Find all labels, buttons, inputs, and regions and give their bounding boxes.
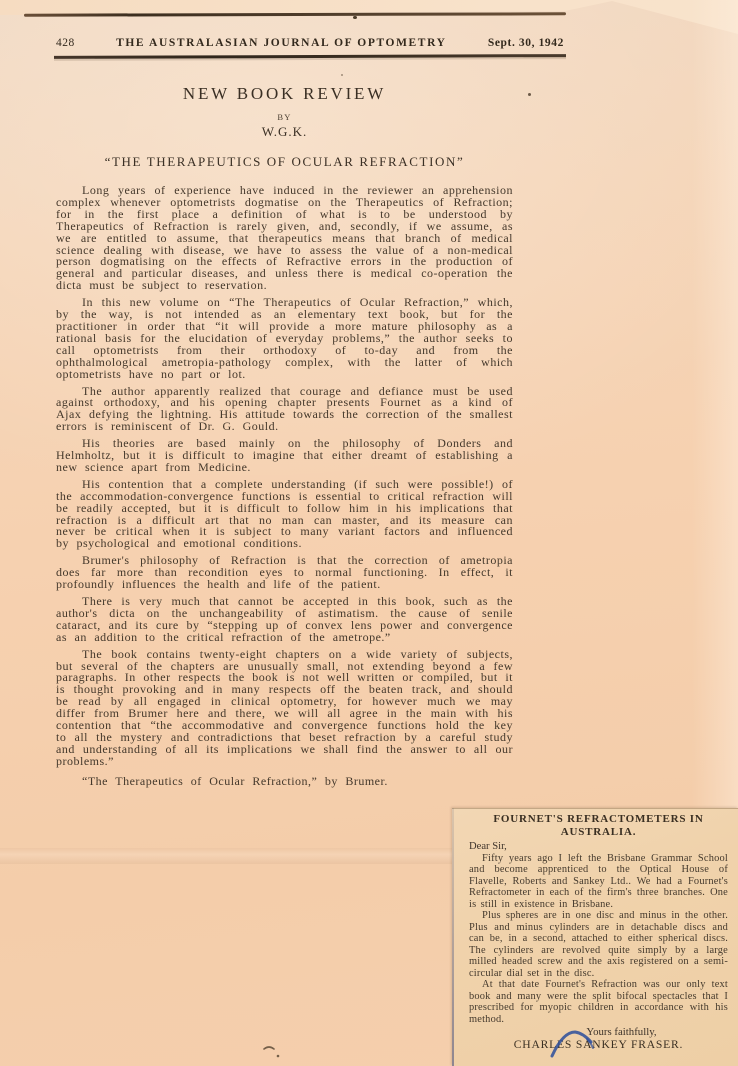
book-review-article: NEW BOOK REVIEW BY W.G.K. “THE THERAPEUT… xyxy=(56,84,513,793)
review-closing: “The Therapeutics of Ocular Refraction,”… xyxy=(56,776,513,788)
running-head: 428 THE AUSTRALASIAN JOURNAL OF OPTOMETR… xyxy=(56,37,564,49)
byline-prefix: BY xyxy=(56,112,513,122)
ink-speck xyxy=(353,16,357,19)
clipping-paragraph: At that date Fournet's Refraction was ou… xyxy=(469,979,728,1025)
review-paragraph: His contention that a complete understan… xyxy=(56,479,513,550)
ink-speck-mark xyxy=(262,1044,284,1060)
ink-speck xyxy=(341,74,343,76)
clipping-title: FOURNET'S REFRACTOMETERS IN AUSTRALIA. xyxy=(469,813,728,838)
clipping-title-line1: FOURNET'S REFRACTOMETERS IN xyxy=(493,813,703,825)
journal-title: THE AUSTRALASIAN JOURNAL OF OPTOMETRY xyxy=(75,37,488,49)
review-paragraph: His theories are based mainly on the phi… xyxy=(56,438,513,474)
clipping-paragraph: Fifty years ago I left the Brisbane Gram… xyxy=(469,853,728,911)
book-title: “THE THERAPEUTICS OF OCULAR REFRACTION” xyxy=(56,154,513,170)
clipping-signature: CHARLES SANKEY FRASER. xyxy=(469,1038,728,1051)
review-paragraph: Brumer's philosophy of Refraction is tha… xyxy=(56,555,513,591)
clipping-title-line2: AUSTRALIA. xyxy=(561,826,637,838)
review-paragraph: The book contains twenty-eight chapters … xyxy=(56,649,513,768)
review-paragraph: The author apparently realized that cour… xyxy=(56,386,513,434)
ink-speck xyxy=(528,93,531,96)
scanned-page: 428 THE AUSTRALASIAN JOURNAL OF OPTOMETR… xyxy=(0,0,738,1066)
issue-date: Sept. 30, 1942 xyxy=(488,37,564,49)
author-initials: W.G.K. xyxy=(56,124,513,140)
clipping-paragraph: Plus spheres are in one disc and minus i… xyxy=(469,910,728,979)
article-heading: NEW BOOK REVIEW xyxy=(56,84,513,104)
review-paragraph: Long years of experience have induced in… xyxy=(56,185,513,292)
letter-clipping: FOURNET'S REFRACTOMETERS IN AUSTRALIA. D… xyxy=(452,808,738,1066)
clipping-salutation: Dear Sir, xyxy=(469,841,728,853)
review-paragraph: There is very much that cannot be accept… xyxy=(56,596,513,644)
review-paragraph: In this new volume on “The Therapeutics … xyxy=(56,297,513,380)
page-number: 428 xyxy=(56,37,75,49)
clipping-valediction: Yours faithfully, xyxy=(469,1026,728,1038)
ink-stroke-mark xyxy=(549,1026,595,1060)
